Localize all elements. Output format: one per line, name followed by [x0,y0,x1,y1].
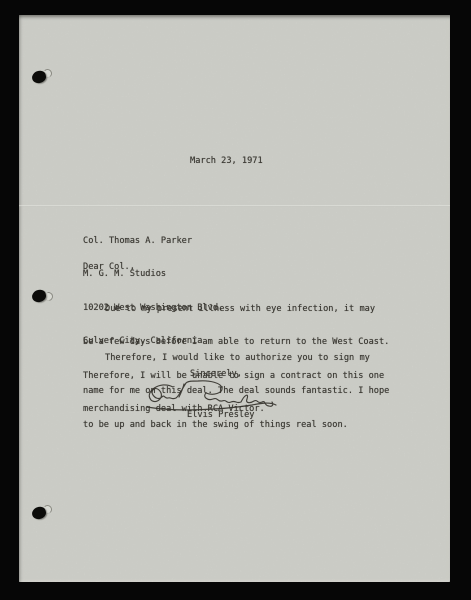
typed-signature-name: Elvis Presley [187,410,255,421]
body-line: Due to my present illness with eye infec… [83,304,389,315]
body-line: to be up and back in the swing of things… [83,420,389,431]
closing: Sincerely, [190,369,242,380]
letter-page: March 23, 1971 Col. Thomas A. Parker M. … [19,15,450,582]
body-line: Therefore, I would like to authorize you… [83,353,389,364]
salutation: Dear Col., [83,262,135,273]
punch-hole-opening [31,70,47,85]
scanned-letter-photo: March 23, 1971 Col. Thomas A. Parker M. … [0,0,471,600]
date-line: March 23, 1971 [190,156,263,167]
punch-hole-middle [32,288,54,304]
punch-hole-top [32,69,54,85]
paper-fold-crease [19,205,450,207]
punch-hole-bottom [32,505,54,521]
punch-hole-opening [31,289,47,304]
recipient-name: Col. Thomas A. Parker [83,236,223,247]
punch-hole-opening [31,506,47,521]
